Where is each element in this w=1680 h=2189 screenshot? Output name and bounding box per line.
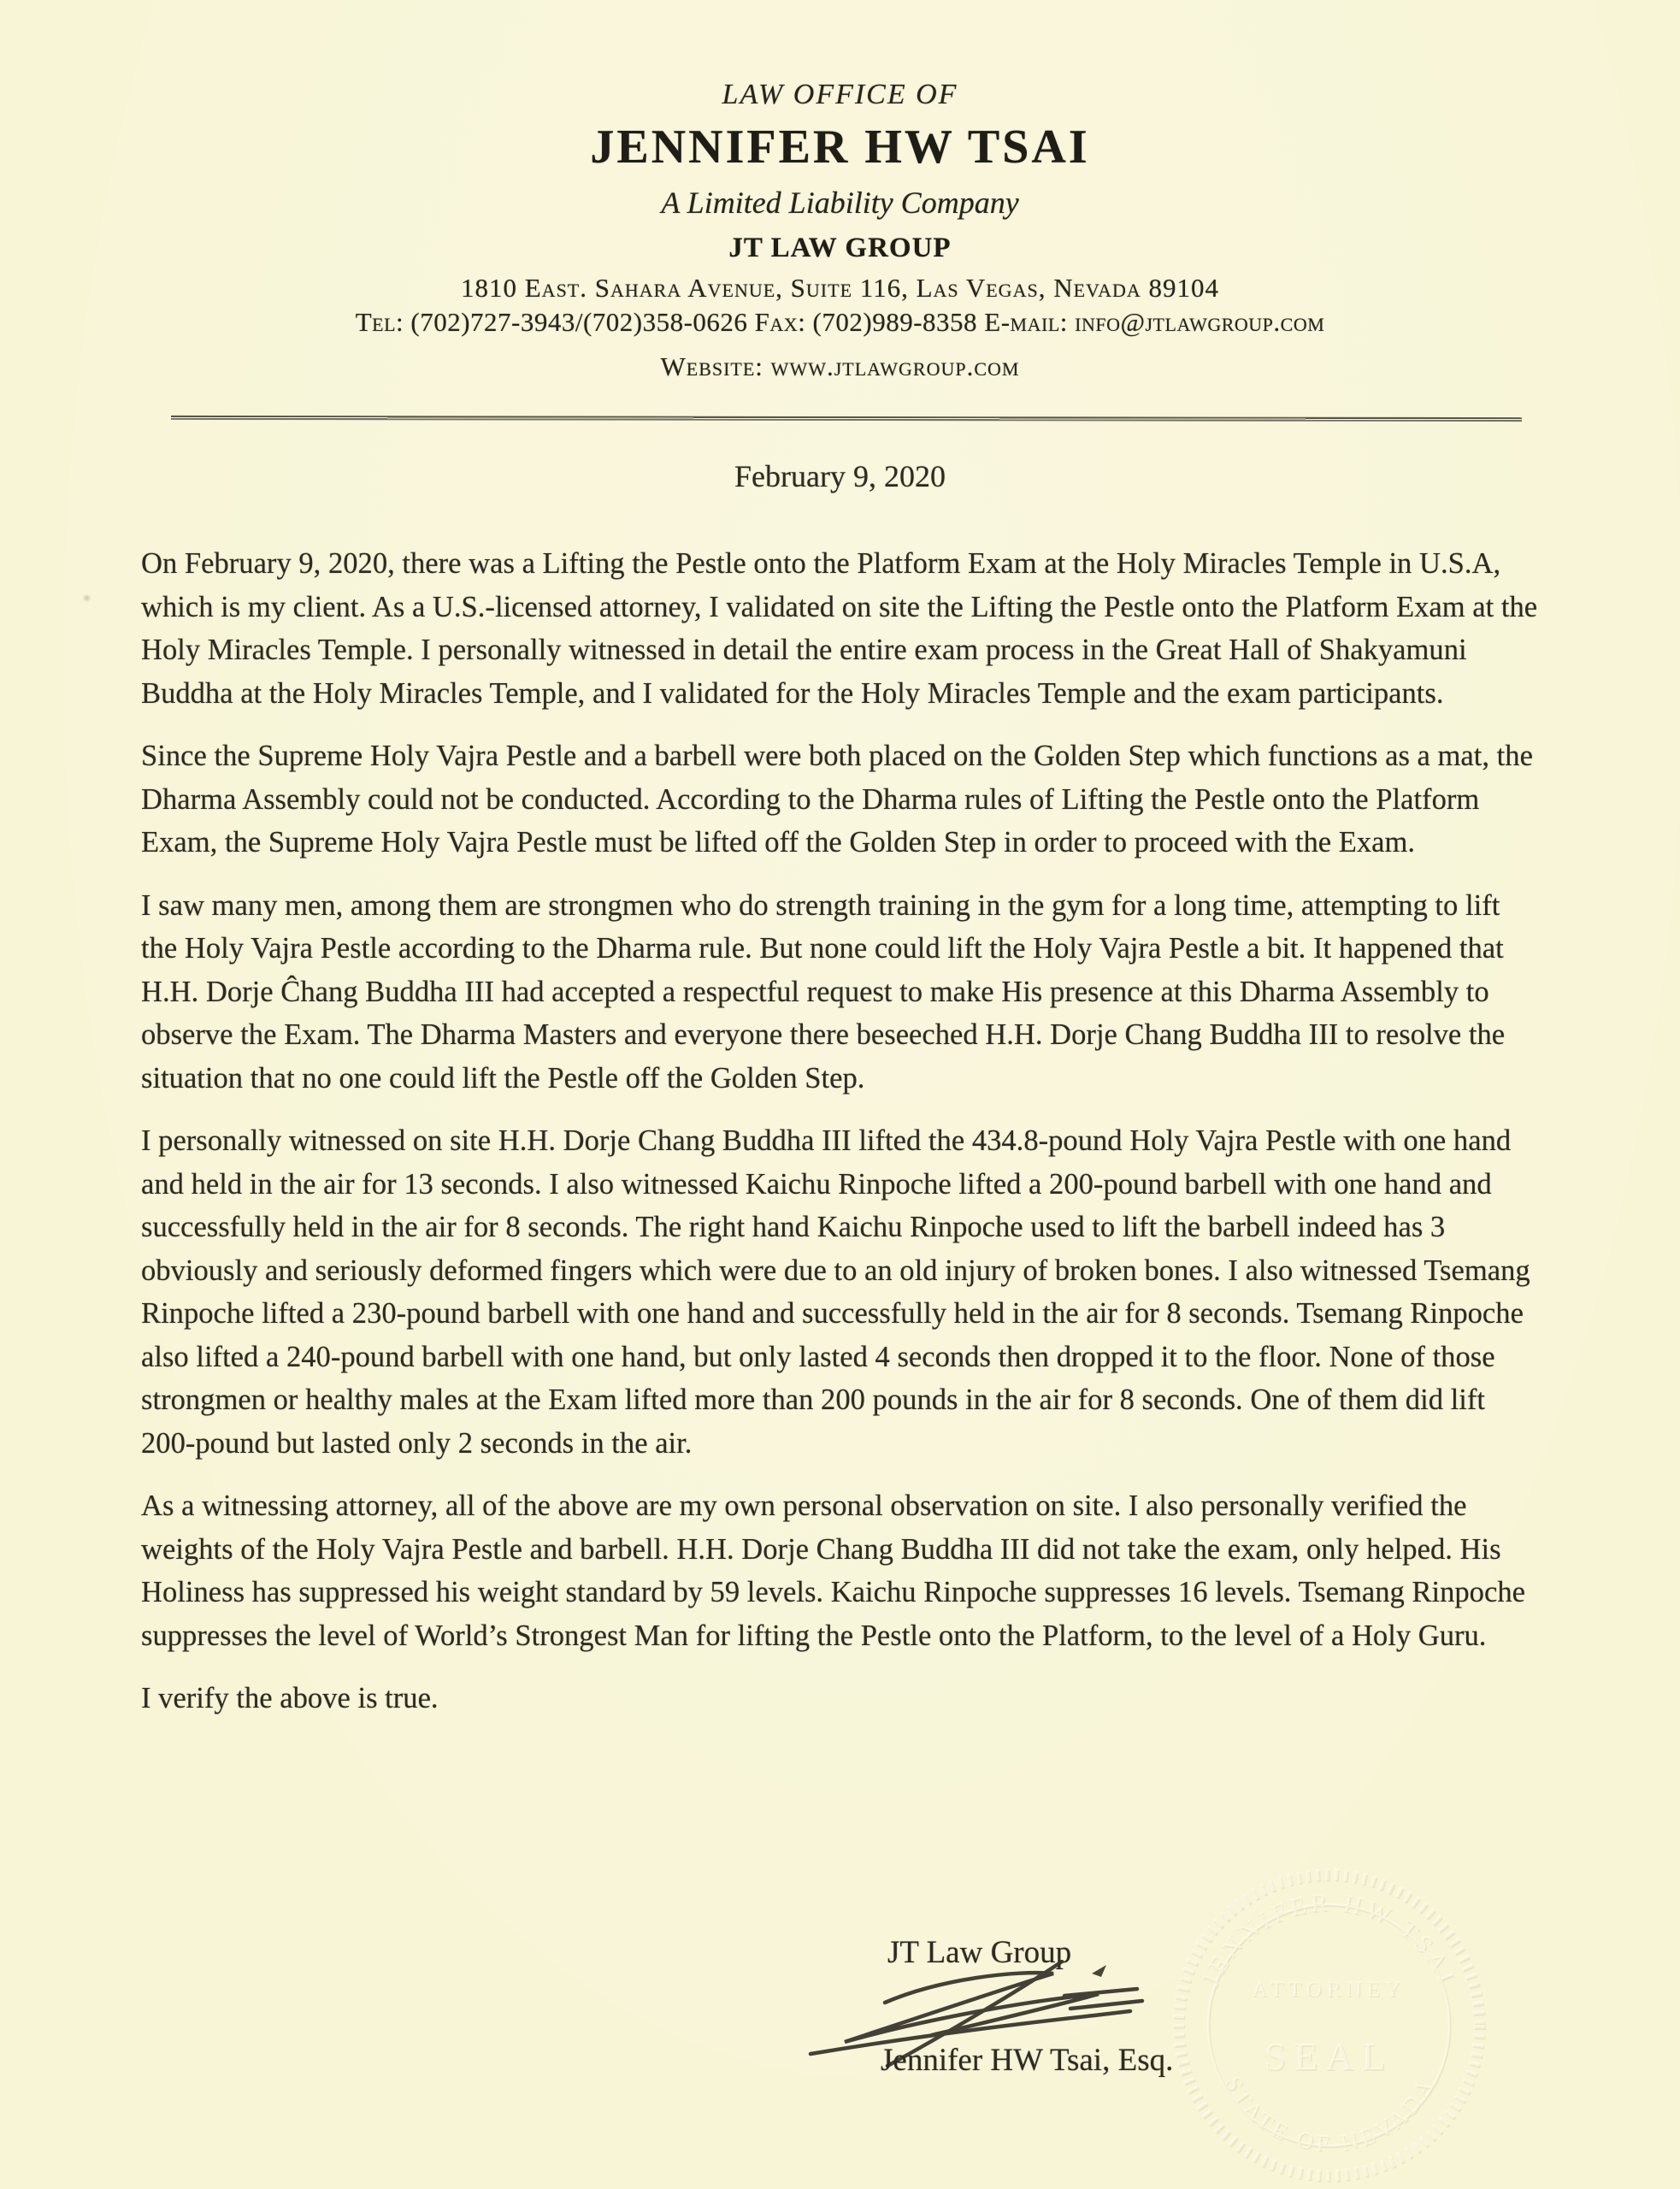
paragraph-1: On February 9, 2020, there was a Lifting… bbox=[141, 542, 1543, 715]
closing-signer-name: Jennifer HW Tsai, Esq. bbox=[881, 2042, 1173, 2079]
letterhead-address: 1810 East. Sahara Avenue, Suite 116, Las… bbox=[0, 273, 1680, 304]
paragraph-4: I personally witnessed on site H.H. Dorj… bbox=[141, 1119, 1543, 1465]
svg-text:STATE OF NEVADA: STATE OF NEVADA bbox=[1220, 2071, 1440, 2156]
letterhead-divider-rule bbox=[171, 416, 1522, 422]
paper-speck bbox=[84, 595, 90, 601]
embossed-notary-seal: JENNIFER HW TSAI ATTORNEY SEAL STATE OF … bbox=[1170, 1866, 1488, 2184]
paragraph-6: I verify the above is true. bbox=[141, 1677, 1543, 1720]
seal-arc-top-text: JENNIFER HW TSAI bbox=[1196, 1889, 1461, 1991]
letterhead-company-type: A Limited Liability Company bbox=[0, 185, 1680, 221]
letterhead-office-line: LAW OFFICE OF bbox=[0, 79, 1680, 111]
seal-middle-text1: ATTORNEY bbox=[1252, 1978, 1405, 2001]
paragraph-3: I saw many men, among them are strongmen… bbox=[141, 884, 1543, 1100]
letterhead-attorney-name: JENNIFER HW TSAI bbox=[0, 120, 1680, 174]
letter-page: LAW OFFICE OF JENNIFER HW TSAI A Limited… bbox=[0, 0, 1680, 2189]
seal-middle-text2: SEAL bbox=[1264, 2034, 1394, 2078]
letterhead: LAW OFFICE OF JENNIFER HW TSAI A Limited… bbox=[0, 0, 1680, 382]
svg-text:JENNIFER HW TSAI: JENNIFER HW TSAI bbox=[1196, 1889, 1461, 1991]
letterhead-website: Website: www.jtlawgroup.com bbox=[0, 351, 1680, 382]
letter-date: February 9, 2020 bbox=[0, 458, 1680, 494]
paragraph-5: As a witnessing attorney, all of the abo… bbox=[141, 1484, 1543, 1657]
letterhead-contact-line: Tel: (702)727-3943/(702)358-0626 Fax: (7… bbox=[0, 307, 1680, 338]
signature-stroke-dash1 bbox=[1064, 1989, 1137, 1996]
signature-stroke-dash2 bbox=[1070, 2001, 1142, 2009]
letter-body: On February 9, 2020, there was a Lifting… bbox=[141, 542, 1543, 1720]
paragraph-2: Since the Supreme Holy Vajra Pestle and … bbox=[141, 735, 1543, 864]
letterhead-firm-name: JT LAW GROUP bbox=[0, 233, 1680, 264]
seal-arc-bottom-text: STATE OF NEVADA bbox=[1220, 2071, 1440, 2156]
signature-pen-flick bbox=[1092, 1965, 1106, 1977]
